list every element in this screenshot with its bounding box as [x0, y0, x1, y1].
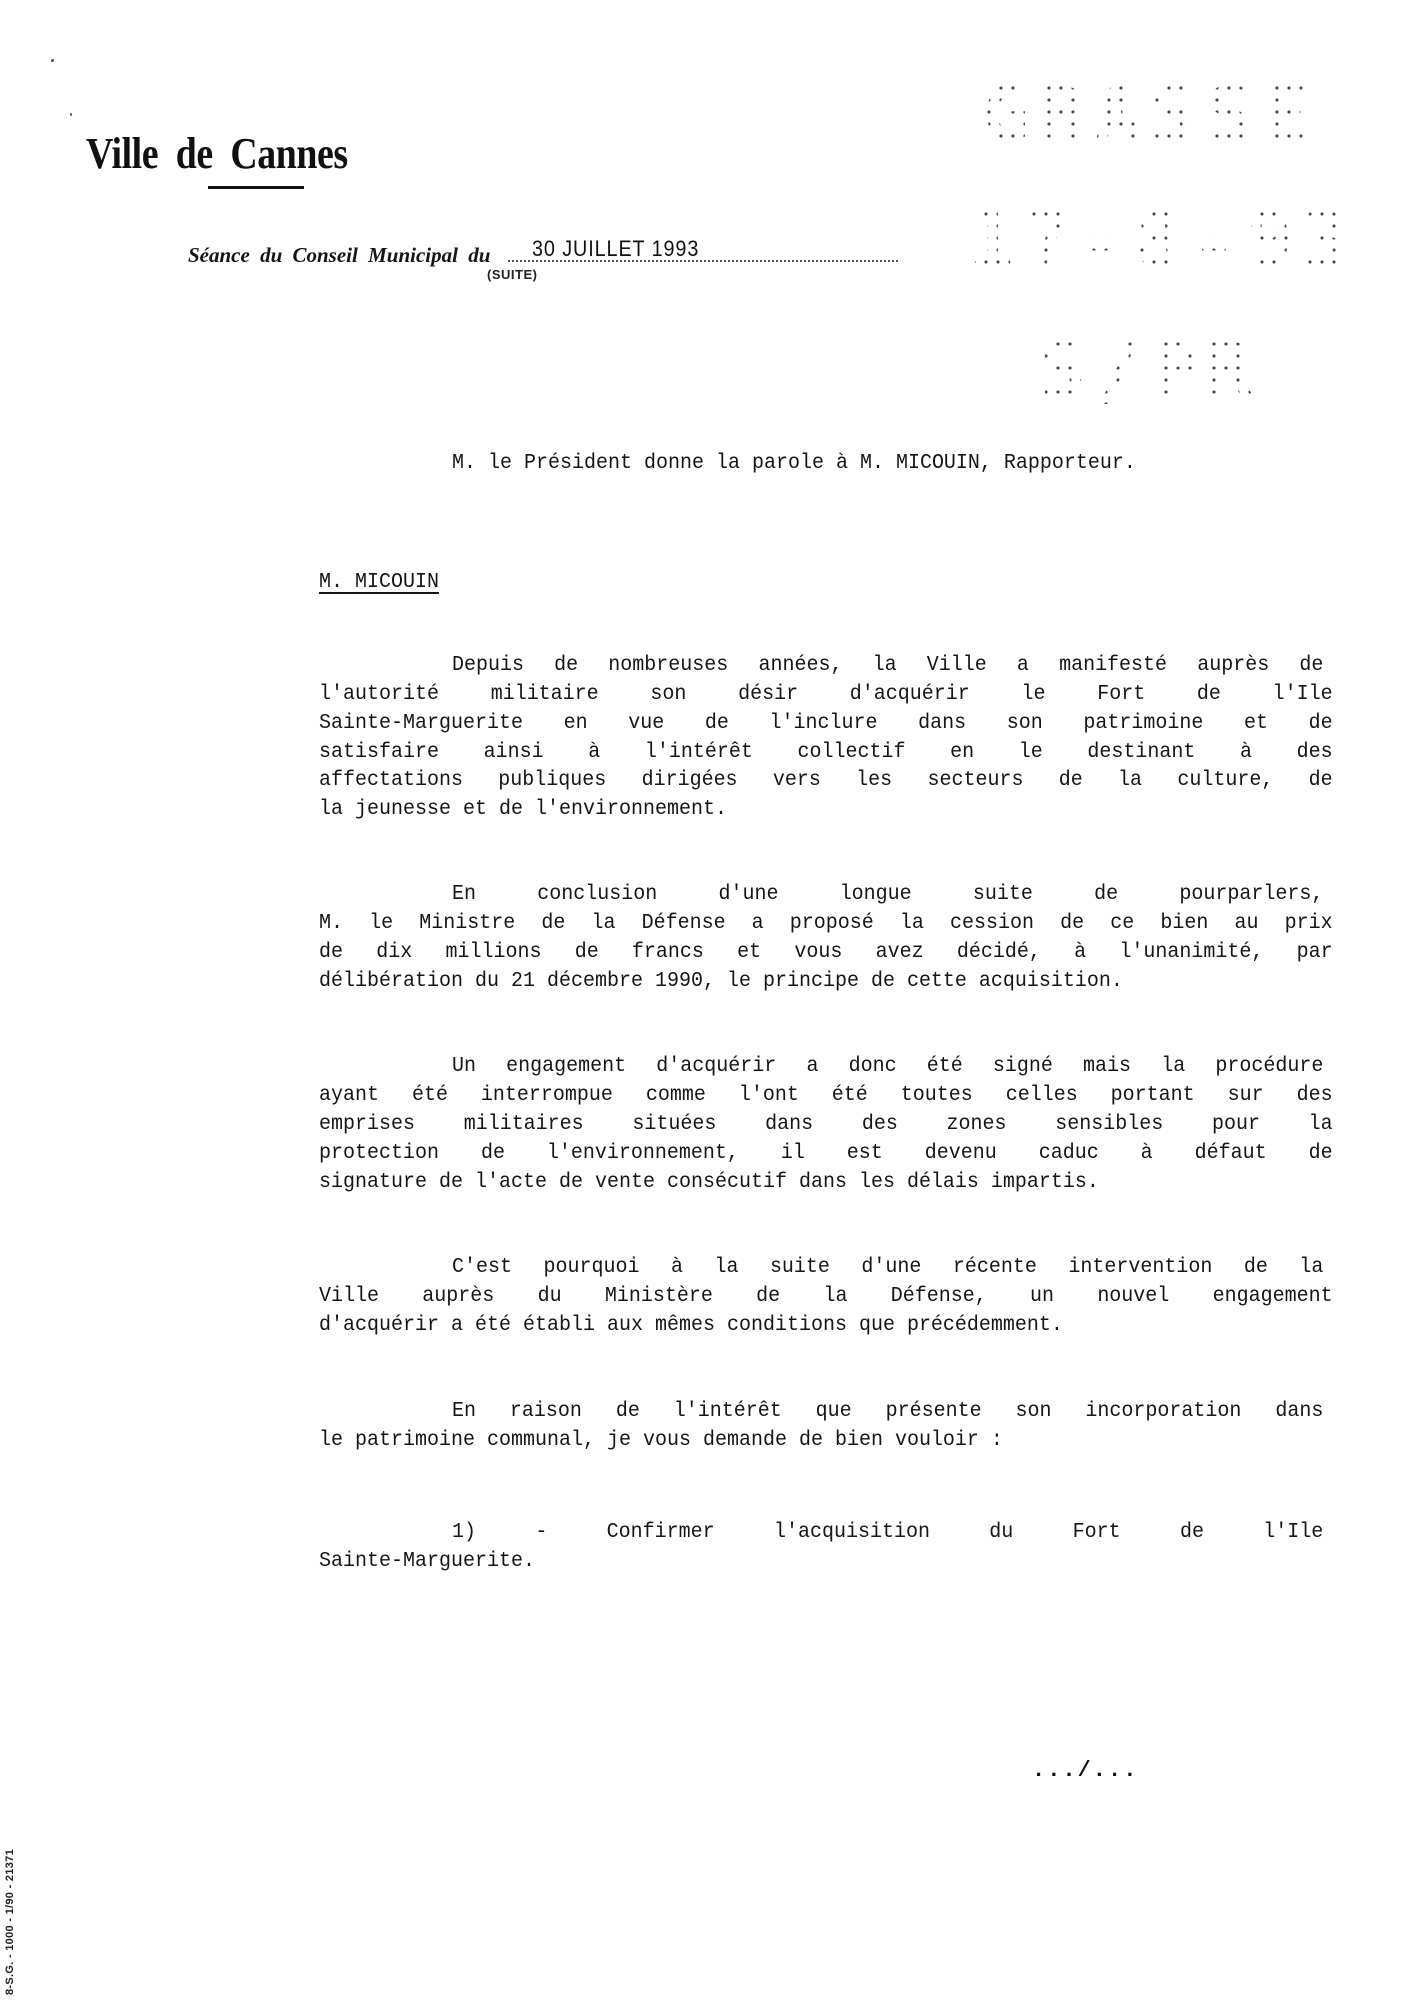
text-line: la jeunesse et de l'environnement. [319, 795, 1333, 824]
word: été [412, 1081, 448, 1110]
word: l'intérêt [645, 738, 753, 767]
word: francs [632, 938, 704, 967]
word: d'acquérir [850, 680, 970, 709]
word: de [319, 938, 343, 967]
word: de [1309, 709, 1333, 738]
word: du [538, 1282, 562, 1311]
word: la [873, 651, 897, 680]
word: l'acquisition [774, 1518, 930, 1547]
word: l'unanimité, [1119, 938, 1263, 967]
word: destinant [1087, 738, 1195, 767]
word: de [1309, 1139, 1333, 1168]
text-line: 1)-Confirmerl'acquisitionduFortdel'Ile [452, 1518, 1323, 1547]
word: l'ont [739, 1081, 799, 1110]
text-line: protectiondel'environnement,ilestdevenuc… [319, 1139, 1333, 1168]
text-line: Sainte-Marguerite. [319, 1547, 1333, 1576]
text-line: Sainte-Margueriteenvuedel'incluredansson… [319, 709, 1333, 738]
text-line: VilleauprèsduMinistèredelaDéfense,unnouv… [319, 1282, 1333, 1311]
word: militaires [464, 1110, 584, 1139]
word: de [1094, 880, 1118, 909]
word: a [752, 909, 764, 938]
word: à [1240, 738, 1252, 767]
word: récente [953, 1253, 1037, 1282]
word: mais [1083, 1052, 1131, 1081]
word: et [737, 938, 761, 967]
word: patrimoine [1083, 709, 1203, 738]
text-line: Enconclusiond'unelonguesuitedepourparler… [452, 880, 1323, 909]
word: son [1015, 1397, 1051, 1426]
word: des [862, 1110, 898, 1139]
text-line: l'autoritémilitairesondésird'acquérirleF… [319, 680, 1333, 709]
word: la [1309, 1110, 1333, 1139]
word: l'autorité [319, 680, 439, 709]
word: de [481, 1139, 505, 1168]
word: que [816, 1397, 852, 1426]
word: millions [445, 938, 541, 967]
word: de [1197, 680, 1221, 709]
word: l'inclure [770, 709, 878, 738]
word: avez [876, 938, 924, 967]
word: Fort [1073, 1518, 1121, 1547]
word: nombreuses [608, 651, 728, 680]
document-page: Ville de Cannes Séance du Conseil Munici… [0, 0, 1405, 2000]
word: les [856, 766, 892, 795]
word: cession [950, 909, 1034, 938]
word: de [1060, 909, 1084, 938]
word: vers [773, 766, 821, 795]
word: nouvel [1097, 1282, 1169, 1311]
word: conclusion [537, 880, 657, 909]
word: zones [947, 1110, 1007, 1139]
word: son [650, 680, 686, 709]
word: l'environnement, [547, 1139, 739, 1168]
word: ce [1110, 909, 1134, 938]
word: de [1059, 766, 1083, 795]
word: de [575, 938, 599, 967]
word: portant [1111, 1081, 1195, 1110]
word: manifesté [1059, 651, 1167, 680]
text-line: dedixmillionsdefrancsetvousavezdécidé,àl… [319, 938, 1333, 967]
word: et [1244, 709, 1268, 738]
word: d'une [718, 880, 778, 909]
word: son [1007, 709, 1043, 738]
word: en [564, 709, 588, 738]
word: le [1022, 680, 1046, 709]
word: pourquoi [543, 1253, 639, 1282]
speaker-heading: M. MICOUIN [319, 568, 439, 597]
word: par [1297, 938, 1333, 967]
word: secteurs [927, 766, 1023, 795]
word: a [806, 1052, 818, 1081]
word: désir [738, 680, 798, 709]
word: la [900, 909, 924, 938]
word: auprès [422, 1282, 494, 1311]
word: de [541, 909, 565, 938]
word: prix [1285, 909, 1333, 938]
word: des [1297, 738, 1333, 767]
word: pour [1212, 1110, 1260, 1139]
text-line: satisfaireainsiàl'intérêtcollectifenlede… [319, 738, 1333, 767]
word: le [1019, 738, 1043, 767]
text-line: signature de l'acte de vente consécutif … [319, 1168, 1333, 1197]
word: Sainte-Marguerite [319, 709, 523, 738]
word: En [452, 1397, 476, 1426]
word: à [1141, 1139, 1153, 1168]
word: l'intérêt [674, 1397, 782, 1426]
word: du [989, 1518, 1013, 1547]
word: devenu [925, 1139, 997, 1168]
word: Défense, [891, 1282, 987, 1311]
word: la [591, 909, 615, 938]
word: suite [770, 1253, 830, 1282]
word: satisfaire [319, 738, 439, 767]
text-line: Unengagementd'acquériradoncétésignémaisl… [452, 1052, 1323, 1081]
word: été [927, 1052, 963, 1081]
word: proposé [790, 909, 874, 938]
word: sensibles [1055, 1110, 1163, 1139]
word: d'une [861, 1253, 921, 1282]
word: C'est [452, 1253, 512, 1282]
word: - [535, 1518, 547, 1547]
text-line: d'acquérir a été établi aux mêmes condit… [319, 1311, 1333, 1340]
word: dix [376, 938, 412, 967]
text-line: Enraisondel'intérêtqueprésentesonincorpo… [452, 1397, 1323, 1426]
word: à [1074, 938, 1086, 967]
word: de [616, 1397, 640, 1426]
word: dans [1275, 1397, 1323, 1426]
word: interrompue [481, 1081, 613, 1110]
word: Depuis [452, 651, 524, 680]
word: la [1118, 766, 1142, 795]
word: à [588, 738, 600, 767]
word: à [671, 1253, 683, 1282]
text-line: M.leMinistredelaDéfenseaproposélacession… [319, 909, 1333, 938]
word: de [554, 651, 578, 680]
word: celles [1006, 1081, 1078, 1110]
word: 1) [452, 1518, 476, 1547]
word: intervention [1068, 1253, 1212, 1282]
word: l'Ile [1263, 1518, 1323, 1547]
word: longue [840, 880, 912, 909]
word: protection [319, 1139, 439, 1168]
word: présente [886, 1397, 982, 1426]
word: vue [628, 709, 664, 738]
word: donc [849, 1052, 897, 1081]
word: pourparlers, [1179, 880, 1323, 909]
word: dirigées [642, 766, 738, 795]
text-line: affectationspubliquesdirigéesverslessect… [319, 766, 1333, 795]
word: signé [993, 1052, 1053, 1081]
word: le [369, 909, 393, 938]
word: raison [510, 1397, 582, 1426]
word: été [832, 1081, 868, 1110]
word: En [452, 880, 476, 909]
word: d'acquérir [656, 1052, 776, 1081]
word: procédure [1215, 1052, 1323, 1081]
word: emprises [319, 1110, 415, 1139]
word: ainsi [484, 738, 544, 767]
word: M. [319, 909, 343, 938]
word: dans [765, 1110, 813, 1139]
word: de [756, 1282, 780, 1311]
word: de [1180, 1518, 1204, 1547]
word: Un [452, 1052, 476, 1081]
word: bien [1160, 909, 1208, 938]
word: a [1017, 651, 1029, 680]
word: Ville [319, 1282, 379, 1311]
word: incorporation [1085, 1397, 1241, 1426]
word: défaut [1195, 1139, 1267, 1168]
word: Ville [927, 651, 987, 680]
president-line: M. le Président donne la parole à M. MIC… [452, 449, 1136, 478]
word: toutes [901, 1081, 973, 1110]
word: ayant [319, 1081, 379, 1110]
word: engagement [506, 1052, 626, 1081]
word: Fort [1097, 680, 1145, 709]
text-line: C'estpourquoiàlasuited'unerécenteinterve… [452, 1253, 1323, 1282]
word: Ministre [419, 909, 515, 938]
word: la [714, 1253, 738, 1282]
word: la [1299, 1253, 1323, 1282]
continuation-mark: .../... [1032, 1758, 1138, 1783]
word: décidé, [957, 938, 1041, 967]
text-line: ayantétéinterrompuecommel'ontététoutesce… [319, 1081, 1333, 1110]
word: collectif [797, 738, 905, 767]
text-line: le patrimoine communal, je vous demande … [319, 1426, 1333, 1455]
text-line: Depuisdenombreusesannées,laVilleamanifes… [452, 651, 1323, 680]
text-line: emprisesmilitairessituéesdansdeszonessen… [319, 1110, 1333, 1139]
word: Ministère [605, 1282, 713, 1311]
word: dans [918, 709, 966, 738]
word: vous [794, 938, 842, 967]
body-text: M. le Président donne la parole à M. MIC… [0, 0, 1307, 2000]
word: Défense [642, 909, 726, 938]
word: de [705, 709, 729, 738]
word: culture, [1177, 766, 1273, 795]
word: Confirmer [607, 1518, 715, 1547]
word: la [1161, 1052, 1185, 1081]
word: années, [758, 651, 842, 680]
word: publiques [498, 766, 606, 795]
word: un [1030, 1282, 1054, 1311]
word: caduc [1039, 1139, 1099, 1168]
word: de [1309, 766, 1333, 795]
word: en [950, 738, 974, 767]
word: militaire [491, 680, 599, 709]
word: situées [632, 1110, 716, 1139]
printer-reference: 8-S.G. - 1000 - 1/90 - 21371 [4, 1849, 16, 1995]
word: affectations [319, 766, 463, 795]
word: il [781, 1139, 805, 1168]
word: l'Ile [1273, 680, 1333, 709]
word: la [823, 1282, 847, 1311]
text-line: délibération du 21 décembre 1990, le pri… [319, 967, 1333, 996]
word: engagement [1213, 1282, 1333, 1311]
word: des [1297, 1081, 1333, 1110]
word: suite [973, 880, 1033, 909]
word: de [1244, 1253, 1268, 1282]
word: sur [1228, 1081, 1264, 1110]
word: de [1299, 651, 1323, 680]
word: est [847, 1139, 883, 1168]
word: comme [646, 1081, 706, 1110]
word: auprès [1197, 651, 1269, 680]
word: au [1235, 909, 1259, 938]
